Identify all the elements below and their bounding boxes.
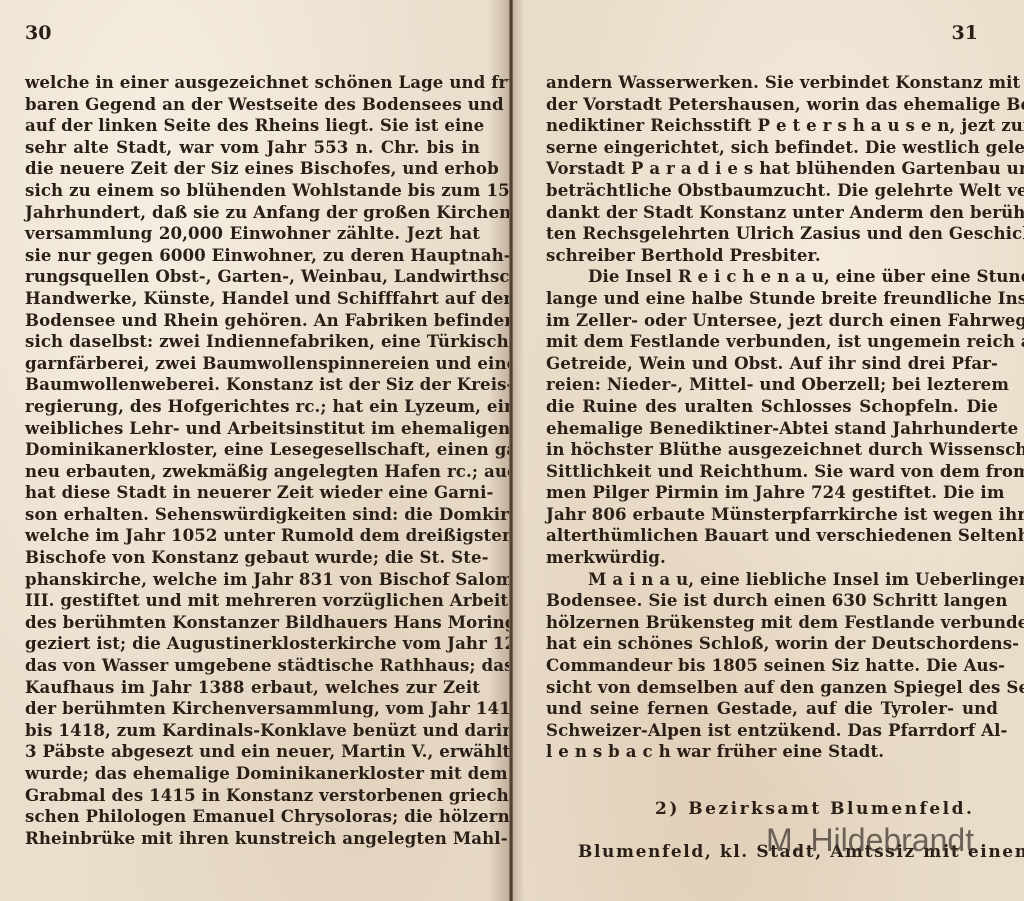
text-line: in höchster Blüthe ausgezeichnet durch W… bbox=[546, 439, 998, 461]
text-line: phanskirche, welche im Jahr 831 von Bisc… bbox=[25, 569, 480, 591]
text-line: schen Philologen Emanuel Chrysoloras; di… bbox=[25, 806, 480, 828]
text-line: welche im Jahr 1052 unter Rumold dem dre… bbox=[25, 525, 480, 547]
text-line: andern Wasserwerken. Sie verbindet Konst… bbox=[546, 72, 998, 94]
right-page: 31 andern Wasserwerken. Sie verbindet Ko… bbox=[510, 0, 1024, 901]
text-line: III. gestiftet und mit mehreren vorzügli… bbox=[25, 590, 480, 612]
section-heading: 2) Bezirksamt Blumenfeld. bbox=[655, 799, 974, 819]
text-line: Bodensee und Rhein gehören. An Fabriken … bbox=[25, 310, 480, 332]
text-line: Schweizer-Alpen ist entzükend. Das Pfarr… bbox=[546, 720, 998, 742]
text-line: versammlung 20,000 Einwohner zählte. Jez… bbox=[25, 223, 480, 245]
text-line: wurde; das ehemalige Dominikanerkloster … bbox=[25, 763, 480, 785]
text-line: im Zeller- oder Untersee, jezt durch ein… bbox=[546, 310, 998, 332]
text-line: regierung, des Hofgerichtes rc.; hat ein… bbox=[25, 396, 480, 418]
text-line: alterthümlichen Bauart und verschiedenen… bbox=[546, 525, 998, 547]
text-line: sich daselbst: zwei Indiennefabriken, ei… bbox=[25, 331, 480, 353]
text-line: Jahr 806 erbaute Münsterpfarrkirche ist … bbox=[546, 504, 998, 526]
text-line: Grabmal des 1415 in Konstanz verstorbene… bbox=[25, 785, 480, 807]
page-number: 31 bbox=[952, 22, 978, 44]
text-line: dankt der Stadt Konstanz unter Anderm de… bbox=[546, 202, 998, 224]
text-line: Vorstadt P a r a d i e s hat blühenden G… bbox=[546, 158, 998, 180]
text-line: mit dem Festlande verbunden, ist ungemei… bbox=[546, 331, 998, 353]
text-line: Baumwollenweberei. Konstanz ist der Siz … bbox=[25, 374, 480, 396]
text-line: Bischofe von Konstanz gebaut wurde; die … bbox=[25, 547, 480, 569]
text-line: Commandeur bis 1805 seinen Siz hatte. Di… bbox=[546, 655, 998, 677]
text-line: sich zu einem so blühenden Wohlstande bi… bbox=[25, 180, 480, 202]
text-line: son erhalten. Sehenswürdigkeiten sind: d… bbox=[25, 504, 480, 526]
text-line: der Vorstadt Petershausen, worin das ehe… bbox=[546, 94, 998, 116]
text-line: Die Insel R e i c h e n a u, eine über e… bbox=[546, 266, 998, 288]
text-line: bis 1418, zum Kardinals-Konklave benüzt … bbox=[25, 720, 480, 742]
left-page-body: welche in einer ausgezeichnet schönen La… bbox=[25, 72, 480, 849]
text-line: Bodensee. Sie ist durch einen 630 Schrit… bbox=[546, 590, 998, 612]
text-line: merkwürdig. bbox=[546, 547, 998, 569]
text-line: sicht von demselben auf den ganzen Spieg… bbox=[546, 677, 998, 699]
text-line: beträchtliche Obstbaumzucht. Die gelehrt… bbox=[546, 180, 998, 202]
text-line: die Ruine des uralten Schlosses Schopfel… bbox=[546, 396, 998, 418]
text-line: sie nur gegen 6000 Einwohner, zu deren H… bbox=[25, 245, 480, 267]
text-line: hölzernen Brükensteg mit dem Festlande v… bbox=[546, 612, 998, 634]
text-line: baren Gegend an der Westseite des Bodens… bbox=[25, 94, 480, 116]
page-number: 30 bbox=[25, 22, 51, 44]
text-line: auf der linken Seite des Rheins liegt. S… bbox=[25, 115, 480, 137]
text-line: das von Wasser umgebene städtische Rathh… bbox=[25, 655, 480, 677]
text-line: M a i n a u, eine liebliche Insel im Ueb… bbox=[546, 569, 998, 591]
text-line: 3 Päbste abgesezt und ein neuer, Martin … bbox=[25, 741, 480, 763]
text-line: l e n s b a c h war früher eine Stadt. bbox=[546, 741, 998, 763]
text-line: Kaufhaus im Jahr 1388 erbaut, welches zu… bbox=[25, 677, 480, 699]
book-gutter bbox=[509, 0, 513, 901]
text-line: reien: Nieder-, Mittel- und Oberzell; be… bbox=[546, 374, 998, 396]
text-line: welche in einer ausgezeichnet schönen La… bbox=[25, 72, 480, 94]
text-line: ehemalige Benediktiner-Abtei stand Jahrh… bbox=[546, 418, 998, 440]
text-line: neu erbauten, zwekmäßig angelegten Hafen… bbox=[25, 461, 480, 483]
text-line: geziert ist; die Augustinerklosterkirche… bbox=[25, 633, 480, 655]
right-page-body: andern Wasserwerken. Sie verbindet Konst… bbox=[546, 72, 998, 763]
text-line: sehr alte Stadt, war vom Jahr 553 n. Chr… bbox=[25, 137, 480, 159]
section-first-line: Blumenfeld, kl. Stadt, Amtssiz mit einem bbox=[578, 842, 998, 862]
text-line: rungsquellen Obst-, Garten-, Weinbau, La… bbox=[25, 266, 480, 288]
text-line: die neuere Zeit der Siz eines Bischofes,… bbox=[25, 158, 480, 180]
text-line: Jahrhundert, daß sie zu Anfang der große… bbox=[25, 202, 480, 224]
text-line: Rheinbrüke mit ihren kunstreich angelegt… bbox=[25, 828, 480, 850]
text-line: serne eingerichtet, sich befindet. Die w… bbox=[546, 137, 998, 159]
text-line: des berühmten Konstanzer Bildhauers Hans… bbox=[25, 612, 480, 634]
text-line: Handwerke, Künste, Handel und Schifffahr… bbox=[25, 288, 480, 310]
left-page: 30 welche in einer ausgezeichnet schönen… bbox=[0, 0, 510, 901]
text-line: men Pilger Pirmin im Jahre 724 gestiftet… bbox=[546, 482, 998, 504]
text-line: nediktiner Reichsstift P e t e r s h a u… bbox=[546, 115, 998, 137]
text-line: garnfärberei, zwei Baumwollenspinnereien… bbox=[25, 353, 480, 375]
text-line: ten Rechsgelehrten Ulrich Zasius und den… bbox=[546, 223, 998, 245]
text-line: Sittlichkeit und Reichthum. Sie ward von… bbox=[546, 461, 998, 483]
text-line: hat ein schönes Schloß, worin der Deutsc… bbox=[546, 633, 998, 655]
text-line: Getreide, Wein und Obst. Auf ihr sind dr… bbox=[546, 353, 998, 375]
text-line: weibliches Lehr- und Arbeitsinstitut im … bbox=[25, 418, 480, 440]
text-line: Dominikanerkloster, eine Lesegesellschaf… bbox=[25, 439, 480, 461]
text-line: der berühmten Kirchenversammlung, vom Ja… bbox=[25, 698, 480, 720]
text-line: hat diese Stadt in neuerer Zeit wieder e… bbox=[25, 482, 480, 504]
text-line: schreiber Berthold Presbiter. bbox=[546, 245, 998, 267]
text-line: lange und eine halbe Stunde breite freun… bbox=[546, 288, 998, 310]
text-line: und seine fernen Gestade, auf die Tyrole… bbox=[546, 698, 998, 720]
